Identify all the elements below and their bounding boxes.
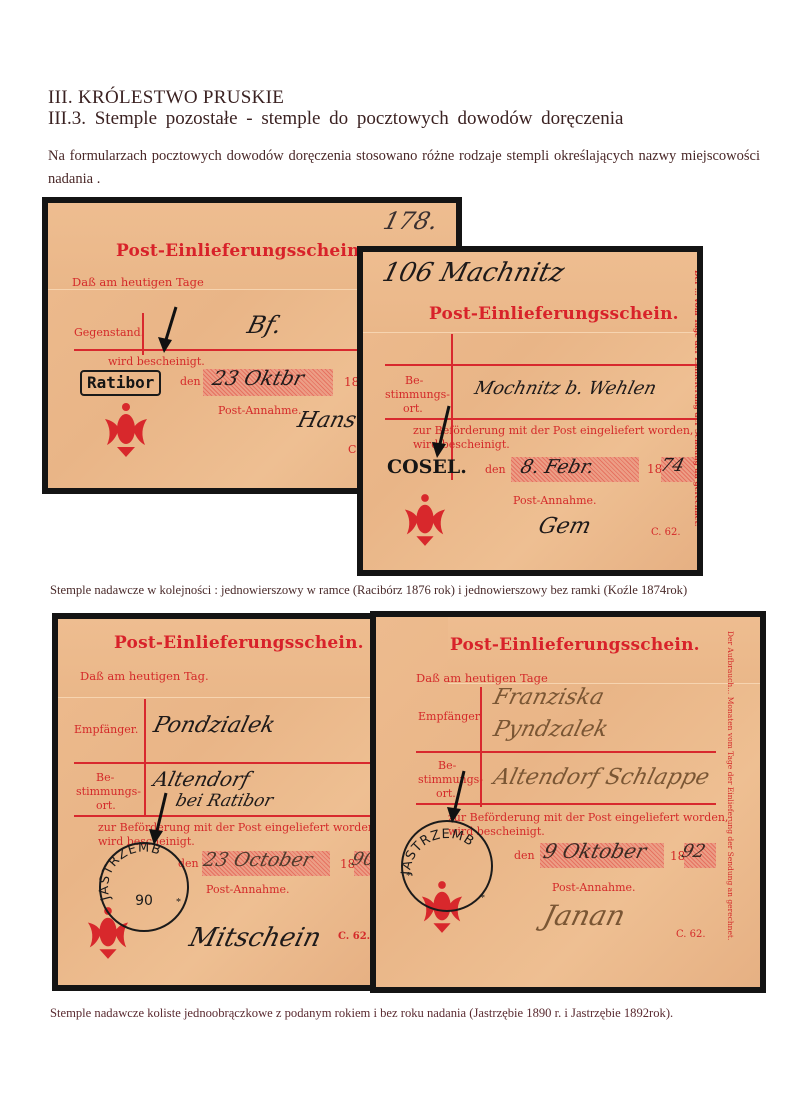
form-title: Post-Einlieferungsschein. <box>114 633 364 653</box>
dest-label-1: Be- <box>405 374 423 387</box>
den-label: den <box>180 375 201 388</box>
receipt-card-cosel: 106 Machnitz Post-Einlieferungsschein. B… <box>357 246 703 576</box>
destination-value-2: bei Ratibor <box>174 791 276 811</box>
corner-note: 178. <box>381 207 441 235</box>
form-number: C. 62. <box>338 931 370 942</box>
receipt-label: Post-Annahme. <box>218 404 302 417</box>
receipt-label: Post-Annahme. <box>206 883 290 896</box>
top-handwriting: 106 Machnitz <box>379 258 567 288</box>
caption-bottom-cards: Stemple nadawcze koliste jednoobrączkowe… <box>50 1006 673 1021</box>
subsection-title: III.3. Stemple pozostałe - stemple do po… <box>48 108 623 130</box>
date-value: 8. Febr. <box>518 456 596 478</box>
svg-text:JASTRZEMB: JASTRZEMB <box>399 827 477 876</box>
caption-top-cards: Stemple nadawcze w kolejności : jednowie… <box>50 583 687 598</box>
recipient-label: Empfänger. <box>74 723 138 736</box>
receipt-label: Post-Annahme. <box>513 494 597 507</box>
cert-line-2: wird bescheinigt. <box>413 438 510 451</box>
jastrzemb-1892-stamp: JASTRZEMB * * <box>398 817 496 915</box>
field-label: Gegenstand. <box>74 326 144 339</box>
signature: Gem <box>536 514 594 539</box>
form-line: Daß am heutigen Tage <box>72 275 204 289</box>
svg-text:JASTRZEMB: JASTRZEMB <box>97 841 163 903</box>
form-number: C. 62. <box>676 929 706 940</box>
dest-label-3: ort. <box>96 799 116 812</box>
den-label: den <box>485 463 506 476</box>
form-line: Daß am heutigen Tage <box>416 671 548 685</box>
dest-label-3: ort. <box>403 402 423 415</box>
cert-line-1: zur Beförderung mit der Post eingeliefer… <box>413 424 693 437</box>
signature: Hans <box>295 408 359 433</box>
recipient-value: Pondzialek <box>151 713 278 738</box>
cert-line-1: zur Beförderung mit der Post eingeliefer… <box>98 821 375 834</box>
side-note: Der ... vom Tage der Einlieferung der Se… <box>693 270 702 560</box>
den-label: den <box>514 849 535 862</box>
receipt-label: Post-Annahme. <box>552 881 636 894</box>
recipient-label: Empfänger. <box>418 710 482 723</box>
date-value: 9 Oktober <box>541 839 649 863</box>
svg-text:90: 90 <box>135 893 153 909</box>
form-number: C. 62. <box>651 527 681 538</box>
destination-value: Altendorf Schlappe <box>491 765 712 790</box>
eagle-icon <box>403 492 447 548</box>
side-note: Der Aufbrauch... Monaten vom Tage der Ei… <box>726 631 735 941</box>
recipient-value-1: Franziska <box>491 685 607 710</box>
svg-text:*: * <box>480 893 485 904</box>
jastrzemb-1890-stamp: JASTRZEMB 90 * <box>96 839 192 935</box>
arrow-pointer-icon <box>154 305 180 355</box>
ratibor-stamp: Ratibor <box>80 370 161 396</box>
section-title: III. KRÓLESTWO PRUSKIE <box>48 87 284 109</box>
dest-label-2: stimmungs- <box>76 785 141 798</box>
field-value: Bf. <box>245 311 285 339</box>
svg-text:*: * <box>406 871 411 882</box>
date-value: 23 October <box>201 849 314 871</box>
arrow-pointer-icon <box>429 404 455 460</box>
form-line: Daß am heutigen Tag. <box>80 669 209 683</box>
dest-label-1: Be- <box>96 771 114 784</box>
form-title: Post-Einlieferungsschein. <box>450 635 700 655</box>
destination-value: Mochnitz b. Wehlen <box>472 378 658 399</box>
destination-value-1: Altendorf <box>151 767 252 791</box>
signature: Janan <box>540 899 629 932</box>
svg-text:*: * <box>176 897 181 908</box>
signature: Mitschein <box>186 923 324 953</box>
intro-paragraph: Na formularzach pocztowych dowodów doręc… <box>48 145 760 191</box>
cert-text: wird bescheinigt. <box>108 355 205 368</box>
arrow-pointer-icon <box>444 769 470 825</box>
eagle-icon <box>103 401 149 459</box>
dest-label-2: stimmungs- <box>385 388 450 401</box>
recipient-value-2: Pyndzalek <box>491 717 611 742</box>
form-title: Post-Einlieferungsschein. <box>429 304 679 324</box>
date-value: 23 Oktbr <box>210 366 307 390</box>
receipt-card-jastrzemb-1892: Post-Einlieferungsschein. Daß am heutige… <box>370 611 766 993</box>
receipt-card-jastrzemb-1890: Post-Einlieferungsschein. Daß am heutige… <box>52 613 380 991</box>
form-title: Post-Einlieferungsschein. <box>116 241 366 261</box>
arrow-pointer-icon <box>146 791 172 847</box>
